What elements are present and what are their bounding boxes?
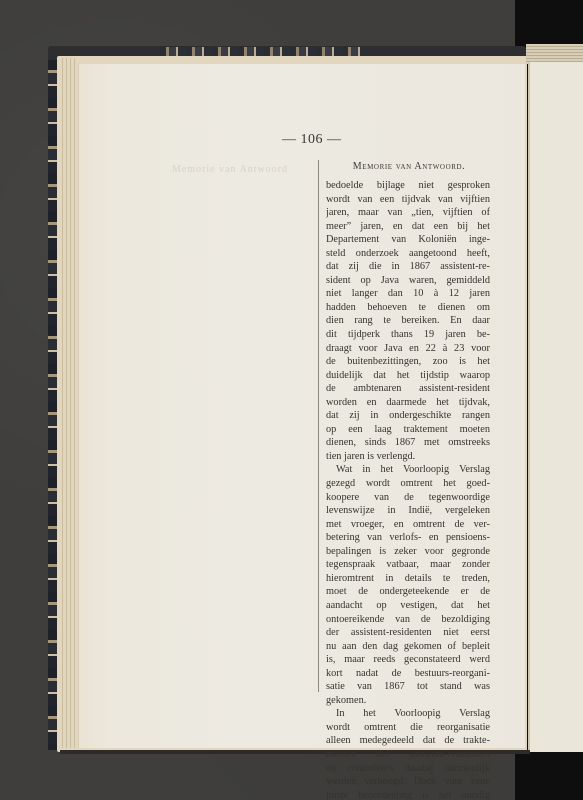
text-line: de buitenbezittingen, zoo is het [326,355,490,369]
text-line: steld onderzoek aangetoond heeft, [326,247,490,261]
text-line: menten der assistent-residenten [326,748,490,762]
page-edge-line [66,58,67,748]
text-line: dien rang te bereiken. En daar [326,314,490,328]
right-facing-page [528,62,583,752]
text-line: is, maar reeds geconstateerd werd [326,653,490,667]
text-line: satie van 1867 tot stand was [326,680,490,694]
text-line: bepalingen is zeker voor gegronde [326,545,490,559]
text-line: moet de ondergeteekende er de [326,585,490,599]
column-rule [318,160,319,692]
text-line: met vroeger, en omtrent de ver- [326,518,490,532]
text-line: wordt van een tijdvak van vijftien [326,193,490,207]
text-line: Departement van Koloniën inge- [326,233,490,247]
text-line: werden verhoogd. Doch voor eene [326,775,490,789]
page-edge-line [62,58,63,748]
text-line: dit tijdperk thans 19 jaren be- [326,328,490,342]
text-line: levenswijze in Indië, vergeleken [326,504,490,518]
page-edge-line [70,58,71,748]
text-line: dat zij die in 1867 assistent-re- [326,260,490,274]
marbled-edge-left [48,60,57,750]
text-line: gezegd wordt omtrent het goed- [326,477,490,491]
text-line: alleen medegedeeld dat de trakte- [326,734,490,748]
text-line: bedoelde bijlage niet gesproken [326,179,490,193]
text-line: hieromtrent in details te treden, [326,572,490,586]
text-line: der assistent-residenten niet eerst [326,626,490,640]
text-line: op een laag traktement moeten [326,423,490,437]
page-number: — 106 — [282,132,362,148]
text-line: juiste beoordeeling is het noodig [326,789,490,800]
text-line: koopere van de tegenwoordige [326,491,490,505]
text-line: duidelijk dat het tijdstip waarop [326,369,490,383]
text-line: dat zij in ondergeschikte rangen [326,409,490,423]
text-line: nu aan den dag gekomen of bepleit [326,640,490,654]
right-page-stack-top [526,44,583,64]
text-line: en controleurs daarbij aanzienlijk [326,762,490,776]
text-line: niet langer dan 10 à 12 jaren [326,287,490,301]
body-text: bedoelde bijlage niet gesproken wordt va… [326,179,490,800]
text-line: aandacht op vestigen, dat het [326,599,490,613]
text-line: dienen, sinds 1867 met omstreeks [326,436,490,450]
bleed-through-heading: Memorie van Antwoord [170,162,290,177]
text-line: worden en daarmede het tijdvak, [326,396,490,410]
text-line: wordt omtrent die reorganisatie [326,721,490,735]
text-line: sident op Java waren, gemiddeld [326,274,490,288]
page-edge-line [74,58,75,748]
section-heading: Memorie van Antwoord. [328,161,490,172]
text-line: ontoereikende van de bezoldiging [326,613,490,627]
text-line: jaren, maar van „tien, vijftien of [326,206,490,220]
text-line: meer” jaren, en dat een bij het [326,220,490,234]
text-line: hadden behoeven te dienen om [326,301,490,315]
text-line: tegenspraak vatbaar, maar zonder [326,558,490,572]
text-line: kort nadat de bestuurs-reorgani- [326,667,490,681]
text-line: tien jaren is verlengd. [326,450,490,464]
text-line: draagt voor Java en 22 à 23 voor [326,342,490,356]
text-line: In het Voorloopig Verslag [326,707,490,721]
text-line: gekomen. [326,694,490,708]
text-line: betering van verlofs- en pensioens- [326,531,490,545]
text-line: de ambtenaren assistent-resident [326,382,490,396]
text-line: Wat in het Voorloopig Verslag [326,463,490,477]
